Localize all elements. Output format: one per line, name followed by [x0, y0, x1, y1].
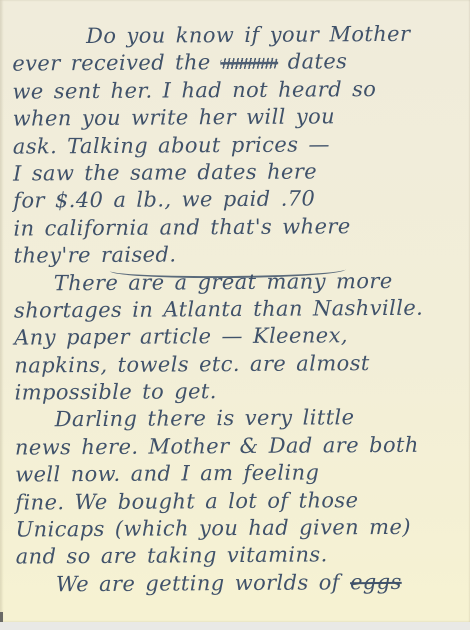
- handwritten-line: I saw the same dates here: [13, 157, 461, 188]
- handwritten-line: Any paper article — Kleenex,: [14, 322, 462, 353]
- crossed-out-word: eggs: [350, 570, 402, 594]
- handwritten-line: Unicaps (which you had given me): [15, 513, 463, 544]
- scan-bottom-edge: [0, 622, 470, 630]
- handwritten-line: when you write her will you: [13, 103, 461, 134]
- handwritten-line: and so are taking vitamins.: [16, 541, 464, 572]
- handwritten-line: We are getting worlds of eggs: [16, 568, 464, 599]
- scribbled-out-word: [221, 58, 279, 69]
- line-text: dates: [288, 50, 348, 74]
- handwritten-line: we sent her. I had not heard so: [12, 75, 460, 106]
- letter-paper: Do you know if your Mother ever received…: [0, 0, 470, 622]
- handwritten-line: fine. We bought a lot of those: [15, 486, 463, 517]
- handwritten-line: for $.40 a lb., we paid .70: [13, 185, 461, 216]
- handwritten-line: ever received thedates: [12, 48, 460, 79]
- handwritten-line: Darling there is very little: [15, 404, 463, 435]
- handwritten-line: shortages in Atlanta than Nashville.: [14, 294, 462, 325]
- handwritten-line: news here. Mother & Dad are both: [15, 431, 463, 462]
- line-text: We are getting worlds of: [56, 570, 340, 596]
- handwritten-line: in california and that's where: [13, 212, 461, 243]
- handwritten-line: ask. Talking about prices —: [13, 130, 461, 161]
- handwritten-letter-body: Do you know if your Mother ever received…: [12, 20, 464, 598]
- line-text: ever received the: [12, 51, 211, 76]
- handwritten-line: impossible to get.: [14, 377, 462, 408]
- handwritten-line: Do you know if your Mother: [12, 20, 460, 51]
- scan-edge-sliver: [0, 612, 3, 622]
- handwritten-line: well now. and I am feeling: [15, 459, 463, 490]
- handwritten-line: napkins, towels etc. are almost: [14, 349, 462, 380]
